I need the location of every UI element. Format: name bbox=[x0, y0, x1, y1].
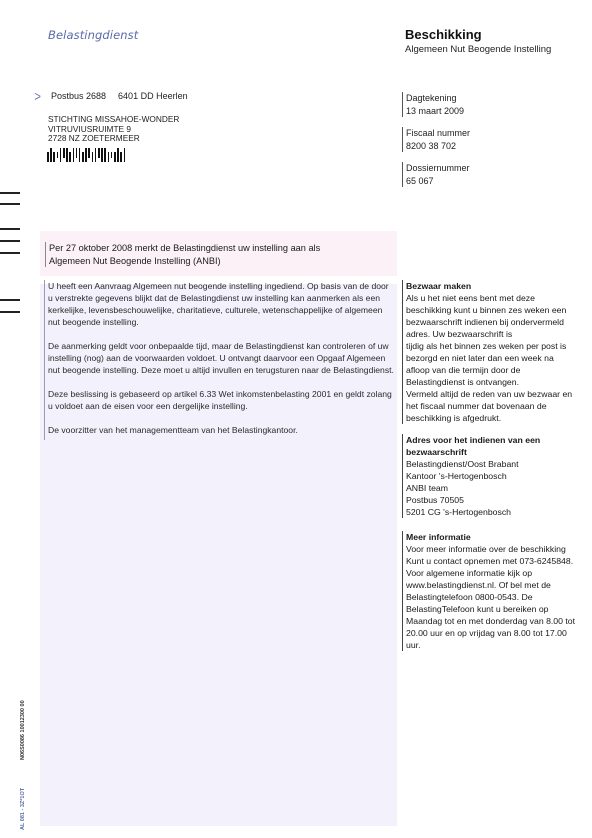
meta-dossiernummer: Dossiernummer 65 067 bbox=[402, 162, 470, 187]
sidebar-line: Kunt u contact opnemen met 073-6245848. bbox=[406, 555, 590, 567]
sidebar-line: 5201 CG 's-Hertogenbosch bbox=[406, 506, 590, 518]
fold-mark bbox=[0, 203, 20, 205]
sidebar-heading: Bezwaar maken bbox=[406, 280, 590, 292]
body-paragraph: De aanmerking geldt voor onbepaalde tijd… bbox=[48, 340, 394, 376]
sidebar-line: Belastingdienst is ontvangen. bbox=[406, 376, 590, 388]
fold-mark bbox=[0, 311, 20, 313]
sidebar-line: bezorgd en niet later dan een week na bbox=[406, 352, 590, 364]
meta-label: Fiscaal nummer bbox=[406, 127, 470, 140]
meta-label: Dossiernummer bbox=[406, 162, 470, 175]
sidebar-line: Maandag tot en met donderdag van 8.00 to… bbox=[406, 615, 590, 627]
sidebar-line: het fiscaal nummer dat bovenaan de bbox=[406, 400, 590, 412]
fold-mark bbox=[0, 228, 20, 230]
headline-line: Algemeen Nut Beogende Instelling (ANBI) bbox=[49, 255, 320, 268]
meta-label: Dagtekening bbox=[406, 92, 464, 105]
body-paragraph: Deze beslissing is gebaseerd op artikel … bbox=[48, 388, 394, 412]
form-code-vertical: AL 081 - 3Z*1OT bbox=[20, 788, 26, 830]
chevron-right-icon: > bbox=[34, 92, 45, 101]
recipient-line: 2728 NZ ZOETERMEER bbox=[48, 134, 179, 144]
meta-value: 13 maart 2009 bbox=[406, 105, 464, 118]
document-title-block: Beschikking Algemeen Nut Beogende Instel… bbox=[405, 27, 551, 55]
sidebar-line: Als u het niet eens bent met deze bbox=[406, 292, 590, 304]
sidebar-line: Belastingtelefoon 0800-0543. De bbox=[406, 591, 590, 603]
return-postcode-city: 6401 DD Heerlen bbox=[118, 91, 188, 101]
body-paragraph: U heeft een Aanvraag Algemeen nut beogen… bbox=[48, 280, 394, 328]
sidebar-line: tijdig als het binnen zes weken per post… bbox=[406, 340, 590, 352]
sidebar-line: beschikking is afgedrukt. bbox=[406, 412, 590, 424]
sidebar-line: Voor algemene informatie kijk op bbox=[406, 567, 590, 579]
sidebar-line: Kantoor 's-Hertogenbosch bbox=[406, 470, 590, 482]
fold-mark bbox=[0, 252, 20, 254]
sidebar-line: ANBI team bbox=[406, 482, 590, 494]
meta-fiscaal-nummer: Fiscaal nummer 8200 38 702 bbox=[402, 127, 470, 152]
sidebar-bezwaar-maken: Bezwaar maken Als u het niet eens bent m… bbox=[402, 280, 590, 424]
headline: Per 27 oktober 2008 merkt de Belastingdi… bbox=[45, 242, 320, 267]
sidebar-line: beschikking kunt u binnen zes weken een bbox=[406, 304, 590, 316]
sidebar-line: BelastingTelefoon kunt u bereiken op bbox=[406, 603, 590, 615]
sidebar-line: Belastingdienst/Oost Brabant bbox=[406, 458, 590, 470]
sidebar-line: 20.00 uur en op vrijdag van 8.00 tot 17.… bbox=[406, 627, 590, 639]
sidebar-line: uur. bbox=[406, 639, 590, 651]
meta-value: 8200 38 702 bbox=[406, 140, 470, 153]
sidebar-line: Postbus 70505 bbox=[406, 494, 590, 506]
meta-dagtekening: Dagtekening 13 maart 2009 bbox=[402, 92, 464, 117]
body-text: U heeft een Aanvraag Algemeen nut beogen… bbox=[44, 280, 394, 440]
sidebar-line: afloop van die termijn door de bbox=[406, 364, 590, 376]
sidebar-line: adres. Uw bezwaarschrift is bbox=[406, 328, 590, 340]
belastingdienst-logo: Belastingdienst bbox=[48, 28, 138, 42]
sidebar-bezwaar-adres: Adres voor het indienen van een bezwaars… bbox=[402, 434, 590, 518]
headline-line: Per 27 oktober 2008 merkt de Belastingdi… bbox=[49, 242, 320, 255]
sidebar-line: Vermeld altijd de reden van uw bezwaar e… bbox=[406, 388, 590, 400]
postal-barcode bbox=[47, 148, 125, 162]
sidebar-line: Voor meer informatie over de beschikking bbox=[406, 543, 590, 555]
sidebar-heading: Meer informatie bbox=[406, 531, 590, 543]
body-paragraph: De voorzitter van het managementteam van… bbox=[48, 424, 394, 436]
recipient-address: STICHTING MISSAHOE-WONDER VITRUVIUSRUIMT… bbox=[48, 115, 179, 144]
fold-mark bbox=[0, 192, 20, 194]
document-title: Beschikking bbox=[405, 27, 551, 42]
sidebar-line: www.belastingdienst.nl. Of bel met de bbox=[406, 579, 590, 591]
sidebar-line: bezwaarschrift indienen bij ondervermeld bbox=[406, 316, 590, 328]
sidebar-meer-informatie: Meer informatie Voor meer informatie ove… bbox=[402, 531, 590, 651]
sidebar-heading: bezwaarschrift bbox=[406, 446, 590, 458]
return-address: > Postbus 2688 6401 DD Heerlen bbox=[33, 91, 188, 101]
return-postbus: Postbus 2688 bbox=[51, 91, 106, 101]
document-code-vertical: N06S0086 10012300 00 bbox=[20, 700, 26, 760]
fold-mark bbox=[0, 299, 20, 301]
fold-mark bbox=[0, 240, 20, 242]
meta-value: 65 067 bbox=[406, 175, 470, 188]
sidebar-heading: Adres voor het indienen van een bbox=[406, 434, 590, 446]
document-subtitle: Algemeen Nut Beogende Instelling bbox=[405, 44, 551, 55]
